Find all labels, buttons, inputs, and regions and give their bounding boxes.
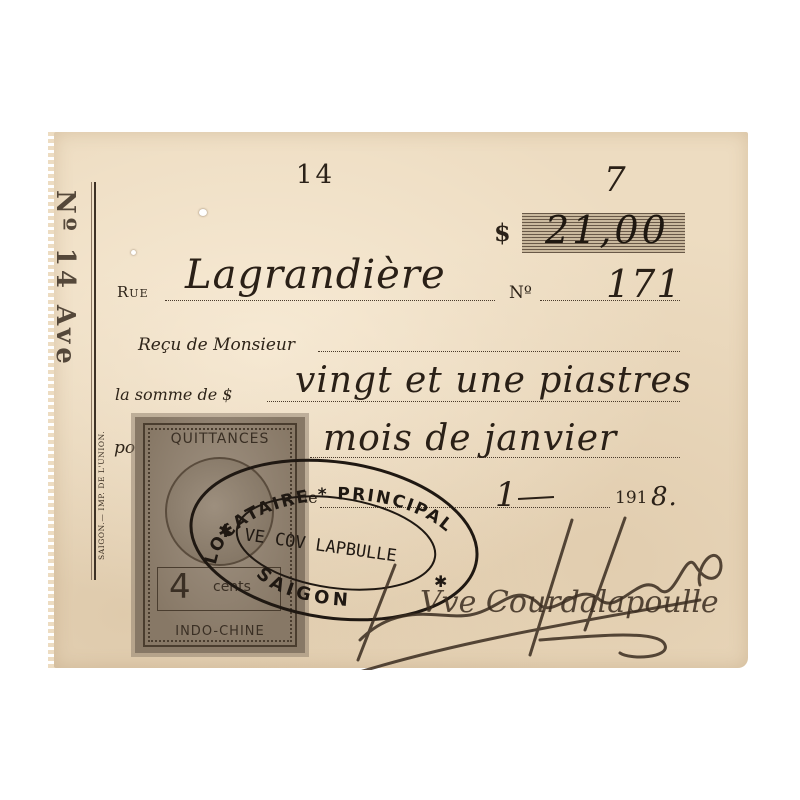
paper-hole bbox=[131, 250, 136, 255]
number-value: 171 bbox=[606, 262, 682, 306]
signature: Vve Courdalapoulle bbox=[340, 510, 740, 670]
paper-hole bbox=[199, 209, 207, 216]
received-from-label: Reçu de Monsieur bbox=[138, 335, 295, 355]
number-label: Nº bbox=[509, 283, 532, 303]
stub-divider-line bbox=[91, 182, 92, 580]
date-day: 1 bbox=[495, 475, 518, 515]
amount-annotation: 7 bbox=[604, 160, 627, 200]
stub-divider-line-bold bbox=[94, 182, 96, 580]
sum-dotted-line bbox=[267, 401, 680, 402]
street-label: Rue bbox=[117, 283, 149, 301]
stub-handwriting: Nº 14 Ave bbox=[50, 190, 80, 590]
amount-value: 21,00 bbox=[545, 208, 669, 252]
purpose-value: mois de janvier bbox=[323, 418, 617, 459]
street-dotted-line bbox=[165, 300, 495, 301]
date-year-handwritten: 8. bbox=[651, 482, 678, 512]
received-from-dotted-line bbox=[318, 351, 680, 352]
purpose-label: po bbox=[114, 438, 135, 458]
street-value: Lagrandière bbox=[185, 252, 446, 298]
date-year-printed: 191 bbox=[615, 488, 647, 508]
sum-value: vingt et une piastres bbox=[295, 360, 692, 401]
stamp-bottom-text: INDO-CHINE bbox=[135, 624, 305, 639]
cachet-star-icon: ✱ bbox=[218, 521, 233, 542]
stamp-top-text: QUITTANCES bbox=[135, 431, 305, 447]
receipt-number: 14 bbox=[296, 160, 335, 190]
signature-text: Vve Courdalapoulle bbox=[420, 585, 719, 620]
dollar-sign: $ bbox=[494, 218, 511, 247]
printer-imprint: SAIGON.— IMP. DE L'UNION. bbox=[97, 350, 109, 560]
sum-label: la somme de $ bbox=[115, 385, 232, 404]
